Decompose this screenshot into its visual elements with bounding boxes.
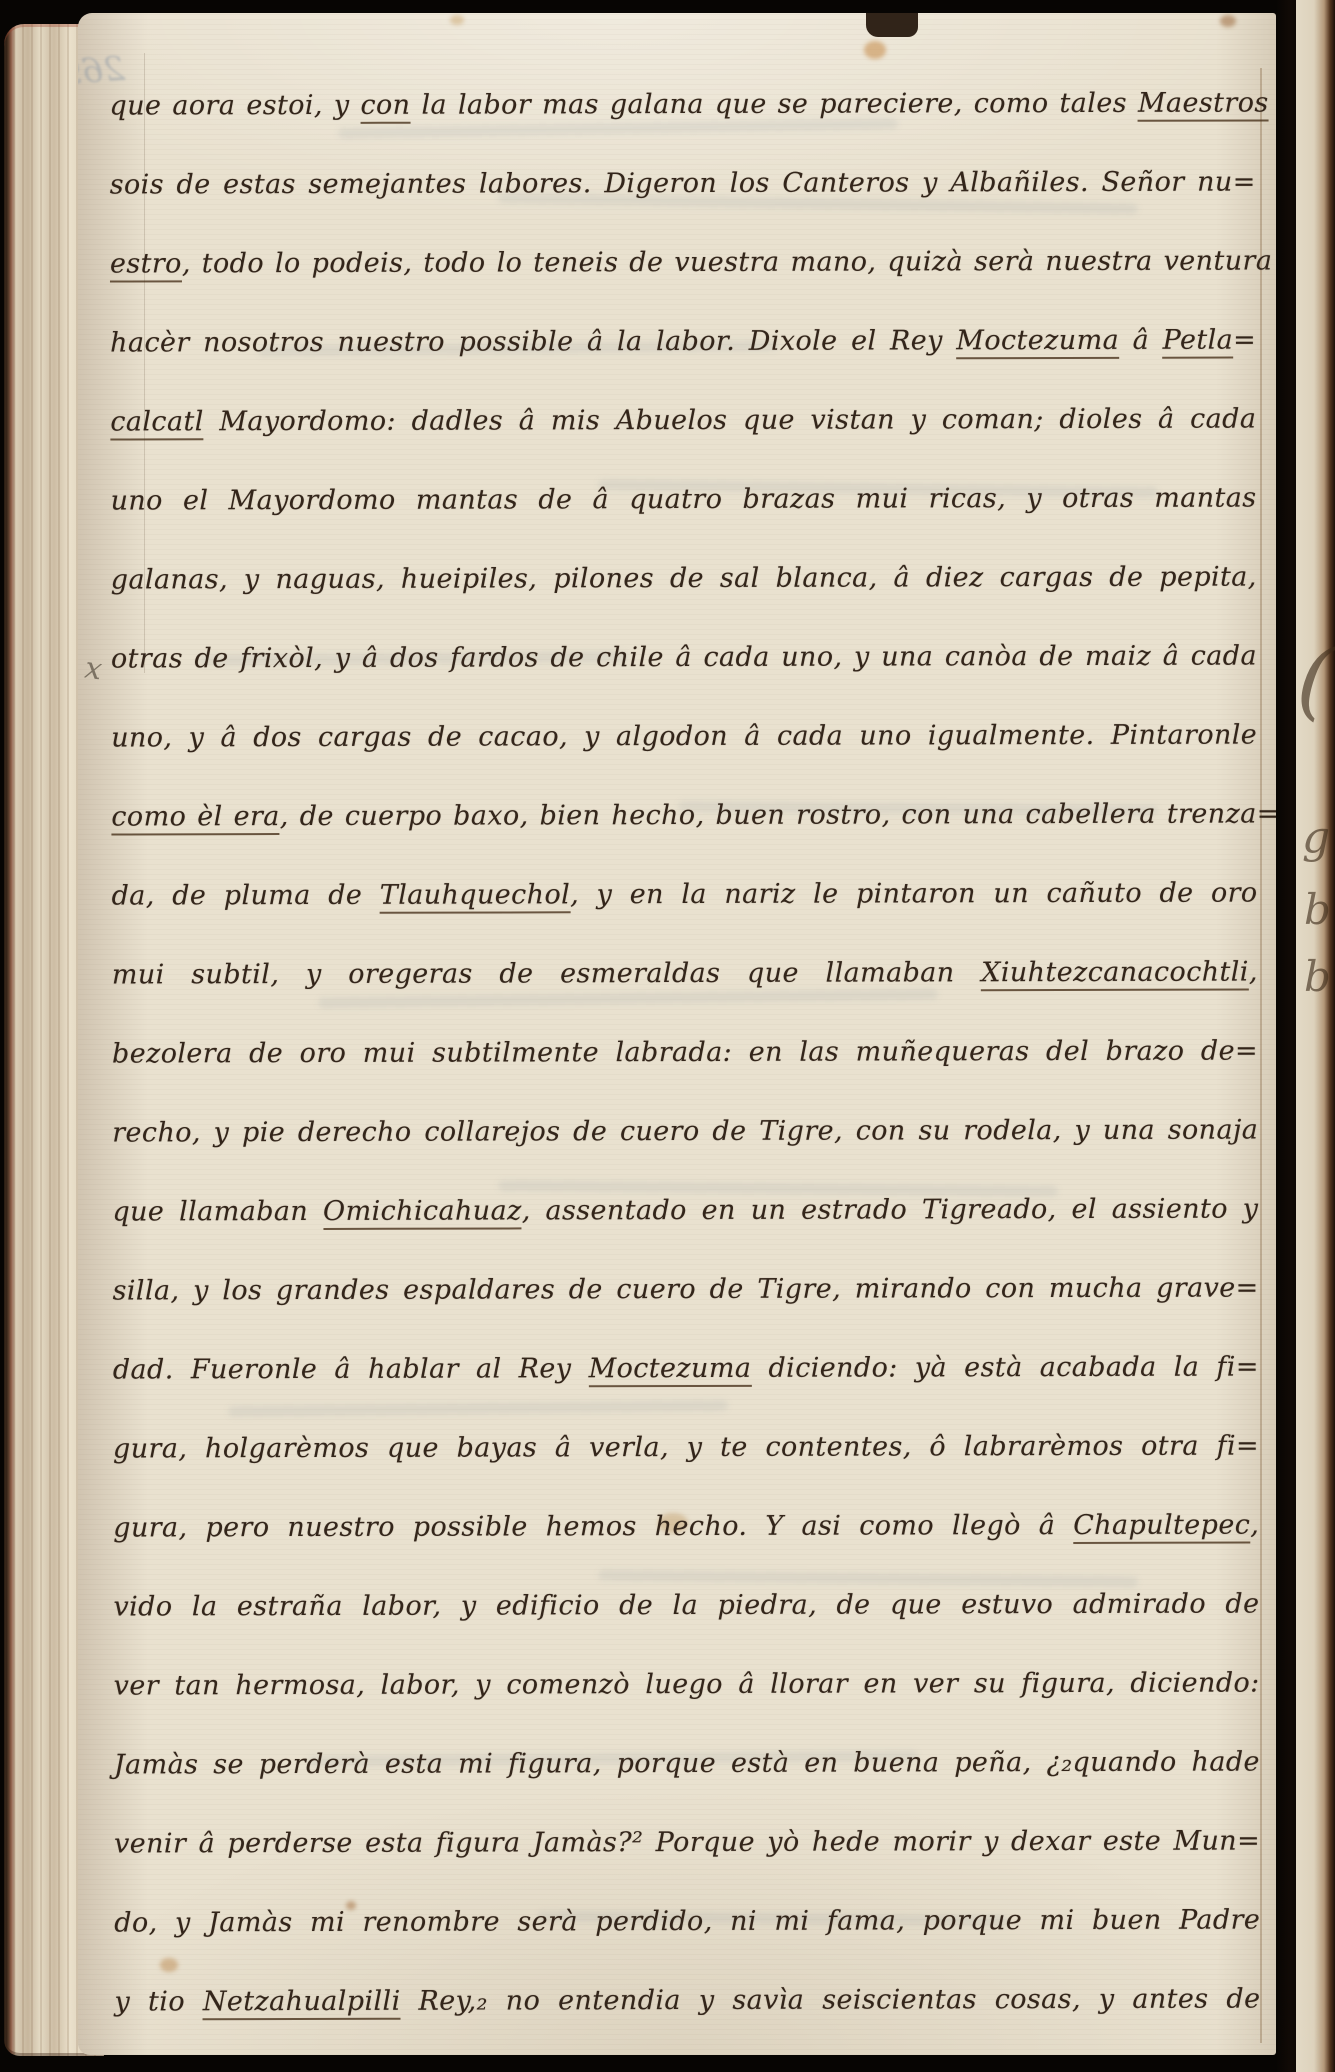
underlined-word: Chapultepec bbox=[1073, 1510, 1250, 1544]
underlined-word: Maestros bbox=[1138, 87, 1269, 121]
manuscript-line: y tio Netzahualpilli Rey,₂ no entendia y… bbox=[114, 1959, 1260, 2041]
text-segment: diciendo: yà està acabada la fi= bbox=[751, 1351, 1259, 1383]
manuscript-line: Jamàs se perderà esta mi figura, porque … bbox=[114, 1722, 1260, 1804]
manuscript-lines: que aora estoi, y con la labor mas galan… bbox=[109, 64, 1260, 2042]
margin-x-mark: x bbox=[83, 651, 105, 688]
underlined-word: estro bbox=[110, 248, 182, 282]
manuscript-line: ver tan hermosa, labor, y comenzò luego … bbox=[114, 1643, 1260, 1725]
underlined-word: Moctezuma bbox=[956, 325, 1119, 359]
manuscript-line: otras de frixòl, y â dos fardos de chile… bbox=[111, 617, 1257, 699]
text-segment: bezolera de oro mui subtilmente labrada:… bbox=[112, 1036, 1258, 1070]
text-segment: que llamaban bbox=[112, 1196, 323, 1228]
text-segment: uno, y â dos cargas de cacao, y algodon … bbox=[111, 720, 1257, 754]
manuscript-line: dad. Fueronle â hablar al Rey Moctezuma … bbox=[113, 1327, 1259, 1409]
text-segment: â bbox=[1119, 325, 1163, 356]
text-segment: da, de pluma de bbox=[112, 880, 380, 912]
text-segment: venir â perderse esta figura Jamàs?² Por… bbox=[114, 1825, 1260, 1859]
manuscript-line: sois de estas semejantes labores. Digero… bbox=[110, 143, 1256, 225]
text-segment: do, y Jamàs mi renombre serà perdido, ni… bbox=[114, 1904, 1260, 1938]
foxing-stain bbox=[450, 15, 464, 25]
text-segment: , bbox=[1249, 957, 1258, 988]
manuscript-line: recho, y pie derecho collarejos de cuero… bbox=[112, 1090, 1258, 1172]
text-segment: , y en la nariz le pintaron un cañuto de… bbox=[570, 878, 1258, 911]
text-segment: hacèr nosotros nuestro possible â la lab… bbox=[110, 325, 956, 358]
text-segment: gura, pero nuestro possible hemos hecho.… bbox=[113, 1510, 1073, 1544]
manuscript-line: uno el Mayordomo mantas de â quatro braz… bbox=[110, 459, 1256, 541]
text-segment: que bbox=[1269, 87, 1276, 118]
text-segment: sois de estas semejantes labores. Digero… bbox=[110, 167, 1256, 201]
foxing-stain bbox=[1220, 15, 1236, 27]
text-segment: y tio bbox=[114, 1986, 202, 2017]
manuscript-line: estro, todo lo podeis, todo lo teneis de… bbox=[110, 222, 1256, 304]
manuscript-line: mui subtil, y oregeras de esmeraldas que… bbox=[112, 933, 1258, 1015]
manuscript-line: do, y Jamàs mi renombre serà perdido, ni… bbox=[114, 1880, 1260, 1962]
ruled-margin-line-right bbox=[1260, 68, 1262, 2043]
manuscript-line: gura, holgarèmos que bayas â verla, y te… bbox=[113, 1406, 1259, 1488]
manuscript-text: x que aora estoi, y con la labor mas gal… bbox=[109, 64, 1260, 2042]
text-segment: recho, y pie derecho collarejos de cuero… bbox=[112, 1114, 1258, 1148]
text-segment: mui subtil, y oregeras de esmeraldas que… bbox=[112, 957, 981, 990]
text-segment: = bbox=[1233, 325, 1256, 356]
text-segment: ₂quando hade bbox=[1061, 1746, 1260, 1778]
text-segment: gura, holgarèmos que bayas â verla, y te… bbox=[113, 1430, 1259, 1464]
manuscript-line: calcatl Mayordomo: dadles â mis Abuelos … bbox=[110, 380, 1256, 462]
underlined-word: Petla bbox=[1163, 325, 1234, 359]
text-segment: galanas, y naguas, hueipiles, pilones de… bbox=[111, 562, 1257, 596]
text-segment: ver tan hermosa, labor, y comenzò luego … bbox=[114, 1667, 1260, 1701]
underlined-word: Xiuhtezcanacochtli bbox=[981, 957, 1249, 992]
manuscript-line: galanas, y naguas, hueipiles, pilones de… bbox=[111, 538, 1257, 620]
text-segment: silla, y los grandes espaldares de cuero… bbox=[113, 1272, 1259, 1306]
text-segment: la labor mas galana que se pareciere, co… bbox=[410, 88, 1138, 121]
underlined-word: calcatl bbox=[110, 406, 203, 440]
text-segment: Rey,₂ no entendia y savìa seiscientas co… bbox=[401, 1983, 1261, 2016]
text-segment: Jamàs se perderà esta mi figura, porque … bbox=[114, 1747, 1062, 1780]
text-segment: uno el Mayordomo mantas de â quatro braz… bbox=[111, 483, 1257, 517]
manuscript-line: que llamaban Omichicahuaz, assentado en … bbox=[112, 1169, 1258, 1251]
partial-glyph: b bbox=[1304, 885, 1331, 934]
manuscript-line: da, de pluma de Tlauhquechol, y en la na… bbox=[111, 854, 1257, 936]
manuscript-line: bezolera de oro mui subtilmente labrada:… bbox=[112, 1012, 1258, 1094]
manuscript-line: como èl era, de cuerpo baxo, bien hecho,… bbox=[111, 775, 1257, 857]
ink-blot bbox=[866, 13, 918, 37]
foxing-stain bbox=[864, 41, 886, 59]
underlined-word: Netzahualpilli bbox=[203, 1986, 401, 2021]
text-segment: , assentado en un estrado Tigreado, el a… bbox=[522, 1193, 1259, 1226]
next-page-edge: ( g b b bbox=[1296, 0, 1335, 2072]
underlined-word: Omichicahuaz bbox=[323, 1195, 522, 1230]
underlined-word: Moctezuma bbox=[589, 1353, 752, 1387]
text-segment: otras de frixòl, y â dos fardos de chile… bbox=[111, 641, 1257, 675]
text-segment: , todo lo podeis, todo lo teneis de vues… bbox=[182, 245, 1273, 279]
text-segment: Mayordomo: dadles â mis Abuelos que vist… bbox=[204, 404, 1257, 438]
underlined-word: con bbox=[360, 90, 410, 124]
manuscript-line: gura, pero nuestro possible hemos hecho.… bbox=[113, 1485, 1259, 1567]
manuscript-line: uno, y â dos cargas de cacao, y algodon … bbox=[111, 696, 1257, 778]
manuscript-page: 269 x que aora estoi, y con la labor mas… bbox=[78, 13, 1276, 2055]
partial-glyph: b bbox=[1304, 952, 1331, 1001]
text-segment: que aora estoi, y bbox=[109, 90, 360, 122]
text-segment: , bbox=[1250, 1509, 1259, 1540]
underlined-word: Tlauhquechol bbox=[380, 879, 570, 913]
manuscript-line: venir â perderse esta figura Jamàs?² Por… bbox=[114, 1801, 1260, 1883]
text-segment: vido la estraña labor, y edificio de la … bbox=[113, 1588, 1259, 1622]
partial-glyph: ( bbox=[1296, 629, 1335, 732]
underlined-word: como èl era bbox=[111, 801, 279, 835]
manuscript-line: silla, y los grandes espaldares de cuero… bbox=[113, 1248, 1259, 1330]
manuscript-line: hacèr nosotros nuestro possible â la lab… bbox=[110, 301, 1256, 383]
manuscript-line: que aora estoi, y con la labor mas galan… bbox=[109, 64, 1255, 146]
manuscript-scan: 269 x que aora estoi, y con la labor mas… bbox=[0, 0, 1335, 2072]
partial-glyph: g bbox=[1302, 812, 1330, 863]
manuscript-line: vido la estraña labor, y edificio de la … bbox=[113, 1564, 1259, 1646]
text-segment: dad. Fueronle â hablar al Rey bbox=[113, 1353, 589, 1385]
text-segment: , de cuerpo baxo, bien hecho, buen rostr… bbox=[280, 798, 1276, 832]
